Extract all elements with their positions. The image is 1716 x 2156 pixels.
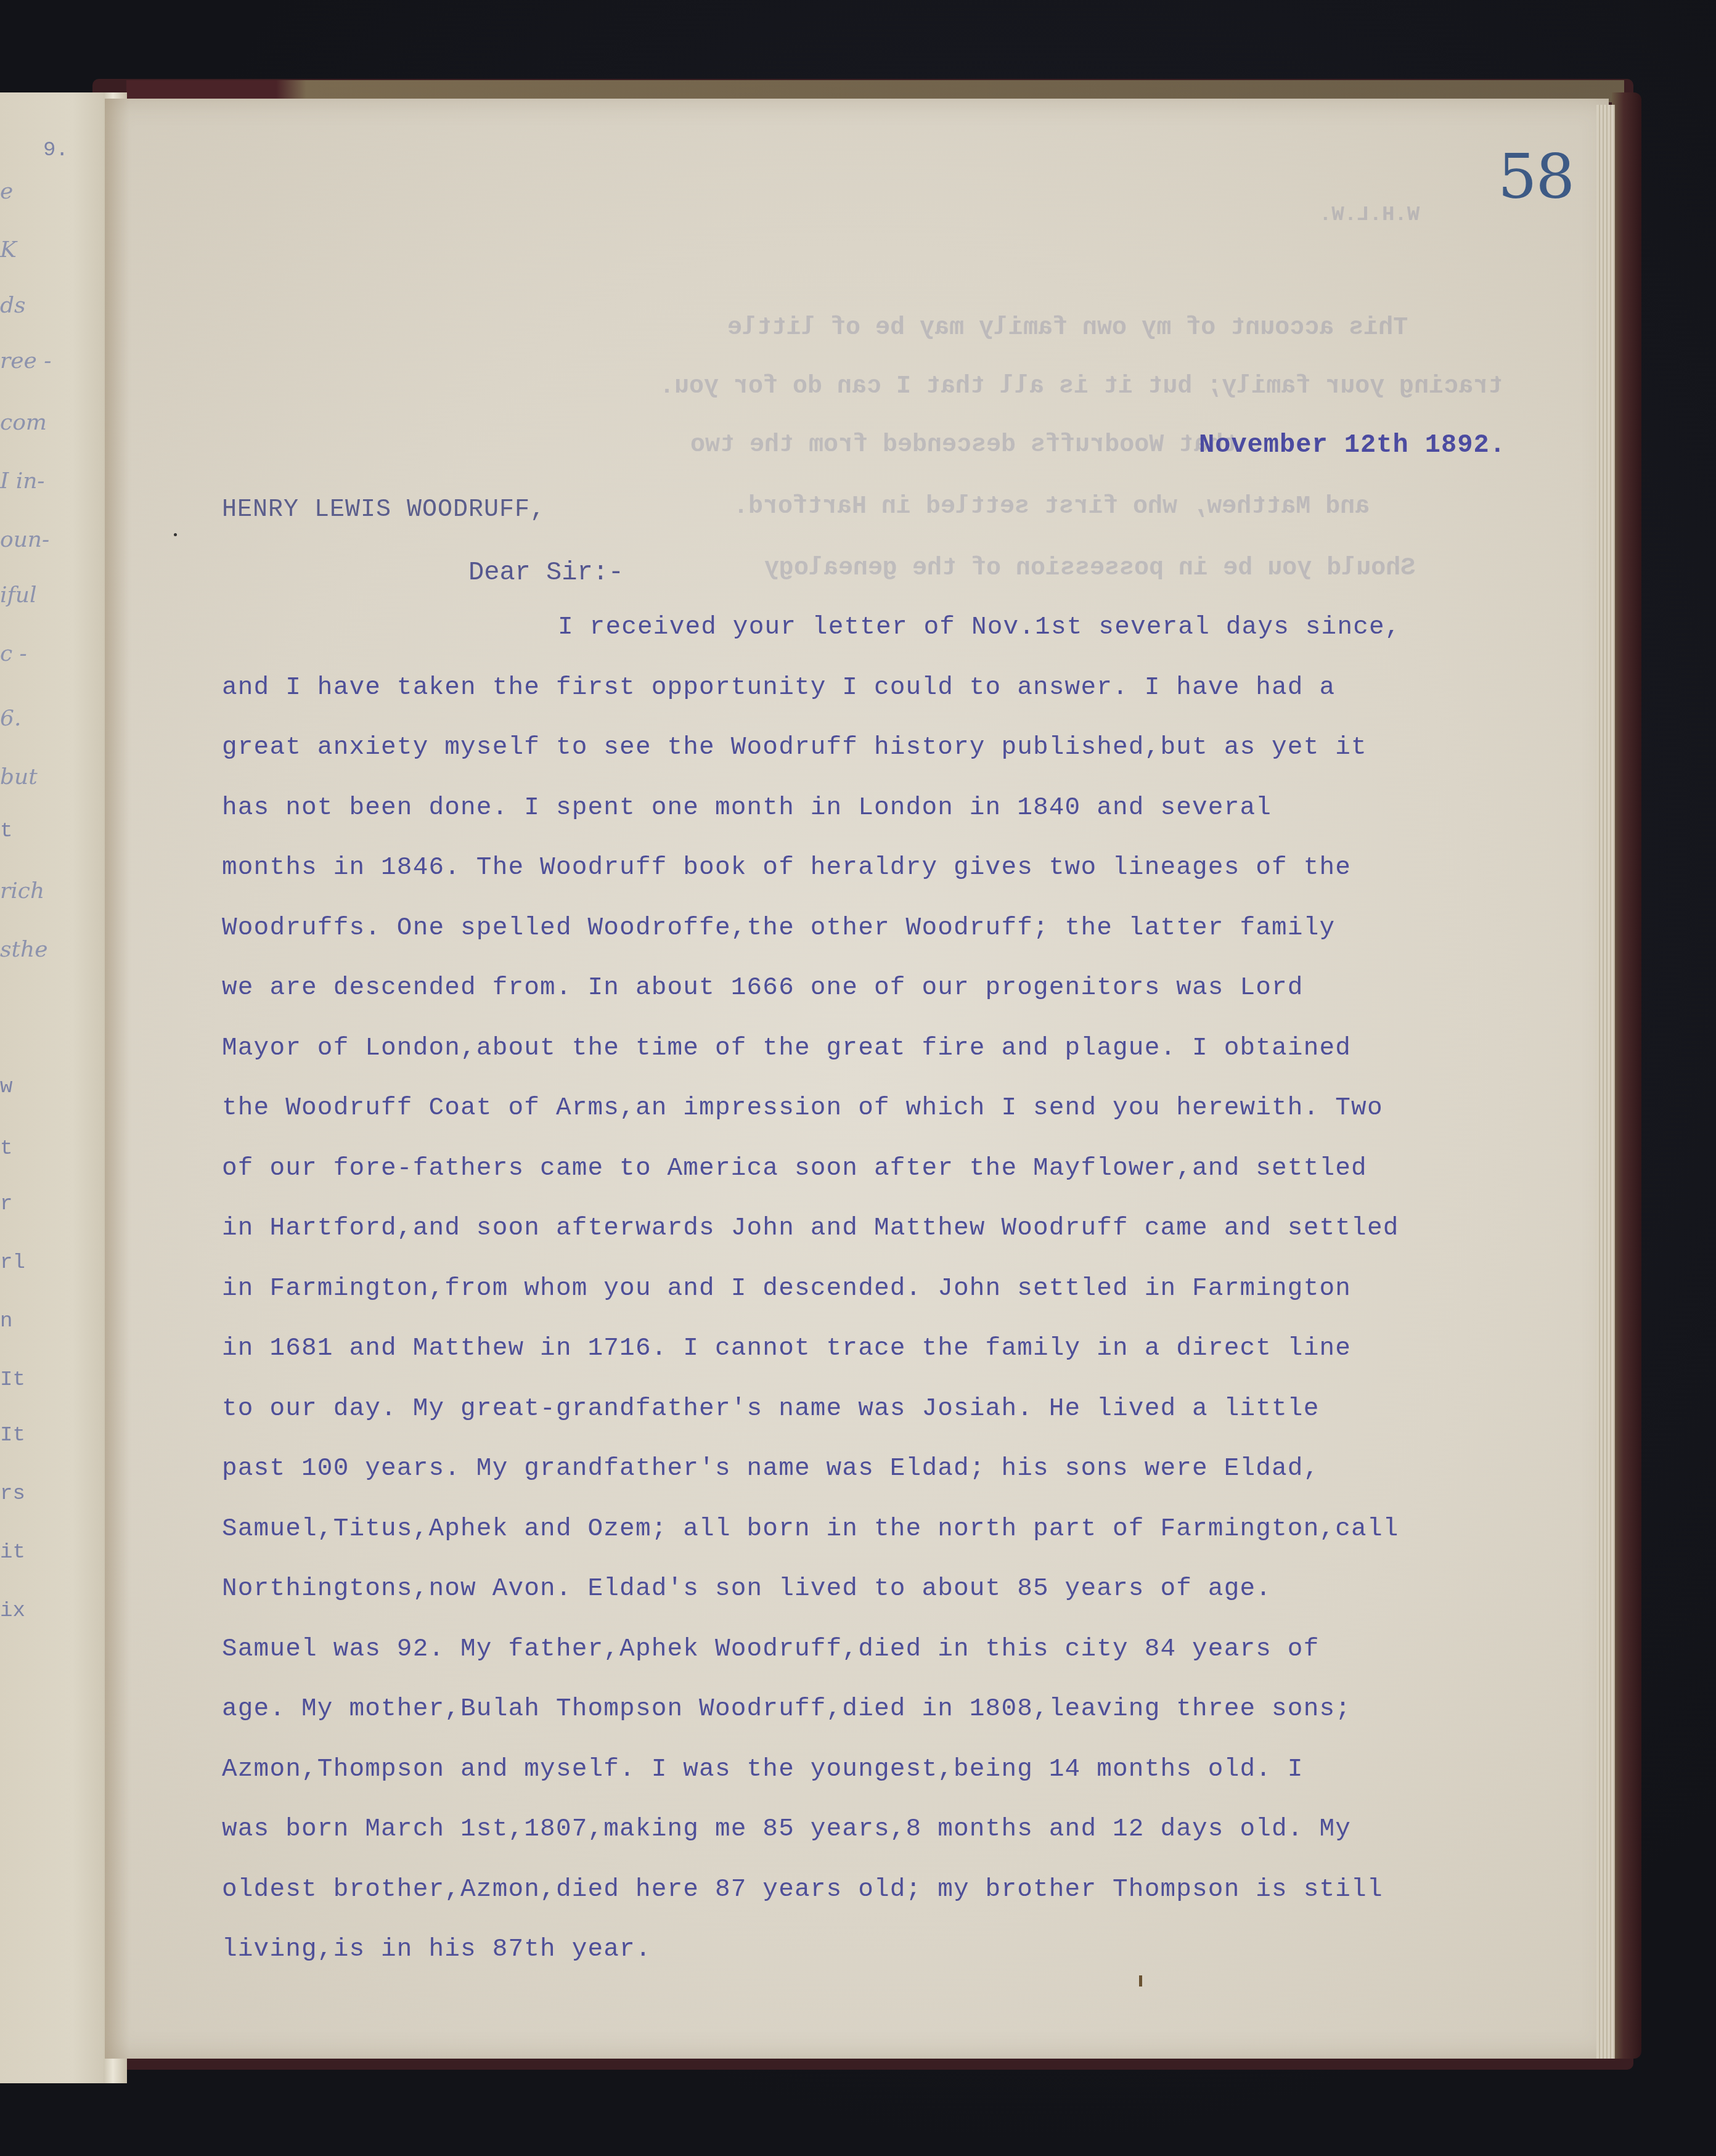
margin-fragment: w: [0, 1076, 12, 1099]
margin-fragment: I in-: [0, 468, 45, 494]
letter-line: Woodruffs. One spelled Woodroffe,the oth…: [222, 914, 1335, 942]
margin-fragment: ix: [0, 1599, 25, 1623]
letter-line: months in 1846. The Woodruff book of her…: [222, 854, 1351, 882]
margin-fragment: K: [0, 237, 17, 263]
letter-line: to our day. My great-grandfather's name …: [222, 1395, 1319, 1423]
stray-mark: [1139, 1975, 1142, 1987]
margin-fragment: It: [0, 1368, 25, 1392]
letter-line: past 100 years. My grandfather's name wa…: [222, 1455, 1319, 1483]
margin-fragment: ree -: [0, 348, 51, 374]
ink-speck: [174, 533, 177, 536]
letter-date: November 12th 1892.: [1199, 430, 1506, 460]
page-number: 58: [1498, 141, 1574, 213]
margin-fragment: n: [0, 1310, 12, 1333]
letter-line: of our fore-fathers came to America soon…: [222, 1154, 1367, 1183]
bleed-through-line: tracing your family; but it is all that …: [660, 373, 1503, 401]
letter-line: in 1681 and Matthew in 1716. I cannot tr…: [222, 1334, 1351, 1363]
page-binding-shadow: [105, 99, 129, 2059]
margin-fragment: r: [0, 1193, 12, 1216]
margin-fragment: e: [0, 179, 13, 204]
bleed-through-line: that Woodruffs descended from the two: [690, 431, 1238, 459]
margin-fragment: sthe: [0, 937, 47, 962]
margin-fragment: c -: [0, 641, 27, 666]
letter-addressee: HENRY LEWIS WOODRUFF,: [222, 496, 545, 524]
margin-fragment: but: [0, 764, 38, 790]
letter-line: the Woodruff Coat of Arms,an impression …: [222, 1094, 1383, 1122]
margin-fragment: It: [0, 1424, 25, 1447]
letter-line: age. My mother,Bulah Thompson Woodruff,d…: [222, 1695, 1351, 1723]
bleed-through-line: and Matthew, who first settled in Hartfo…: [733, 493, 1370, 521]
margin-fragment: com: [0, 410, 47, 435]
margin-fragment: 9.: [43, 139, 68, 162]
margin-fragment: it: [0, 1541, 25, 1564]
letter-line: Samuel,Titus,Aphek and Ozem; all born in…: [222, 1515, 1399, 1543]
previous-page-edge: 9.eKdsree -comI in-oun-ifulc -6.buttrich…: [0, 92, 105, 2083]
letter-line: Mayor of London,about the time of the gr…: [222, 1034, 1351, 1063]
previous-page-margin-text: 9.eKdsree -comI in-oun-ifulc -6.buttrich…: [0, 92, 92, 2083]
page-stack-edge: [1596, 105, 1615, 2059]
letter-line: we are descended from. In about 1666 one…: [222, 974, 1304, 1002]
margin-fragment: oun-: [0, 527, 49, 552]
letter-line: in Farmington,from whom you and I descen…: [222, 1275, 1351, 1303]
margin-fragment: rich: [0, 878, 44, 904]
margin-fragment: 6.: [0, 706, 21, 731]
letter-line: was born March 1st,1807,making me 85 yea…: [222, 1815, 1351, 1844]
letter-line: great anxiety myself to see the Woodruff…: [222, 733, 1367, 762]
letter-line: Azmon,Thompson and myself. I was the you…: [222, 1755, 1304, 1784]
margin-fragment: rl: [0, 1251, 25, 1275]
letter-line: living,is in his 87th year.: [222, 1935, 652, 1964]
bleed-through-line: Should you be in possession of the genea…: [764, 555, 1415, 582]
bleed-through-header: W.H.L.W.: [1319, 203, 1420, 227]
letter-line: in Hartford,and soon afterwards John and…: [222, 1214, 1399, 1243]
letter-line: oldest brother,Azmon,died here 87 years …: [222, 1876, 1383, 1904]
letter-greeting: Dear Sir:-: [468, 558, 624, 587]
bleed-through-line: This account of my own family may be of …: [727, 314, 1408, 342]
book-cover-right-edge: [1612, 92, 1641, 2059]
letter-line: I received your letter of Nov.1st severa…: [558, 613, 1401, 642]
letter-line: Northingtons,now Avon. Eldad's son lived…: [222, 1575, 1272, 1603]
margin-fragment: iful: [0, 582, 37, 608]
margin-fragment: rs: [0, 1482, 25, 1506]
margin-fragment: t: [0, 820, 12, 843]
letter-line: Samuel was 92. My father,Aphek Woodruff,…: [222, 1635, 1319, 1664]
margin-fragment: ds: [0, 293, 26, 318]
margin-fragment: t: [0, 1137, 12, 1161]
letter-line: and I have taken the first opportunity I…: [222, 674, 1335, 702]
letter-line: has not been done. I spent one month in …: [222, 794, 1272, 822]
